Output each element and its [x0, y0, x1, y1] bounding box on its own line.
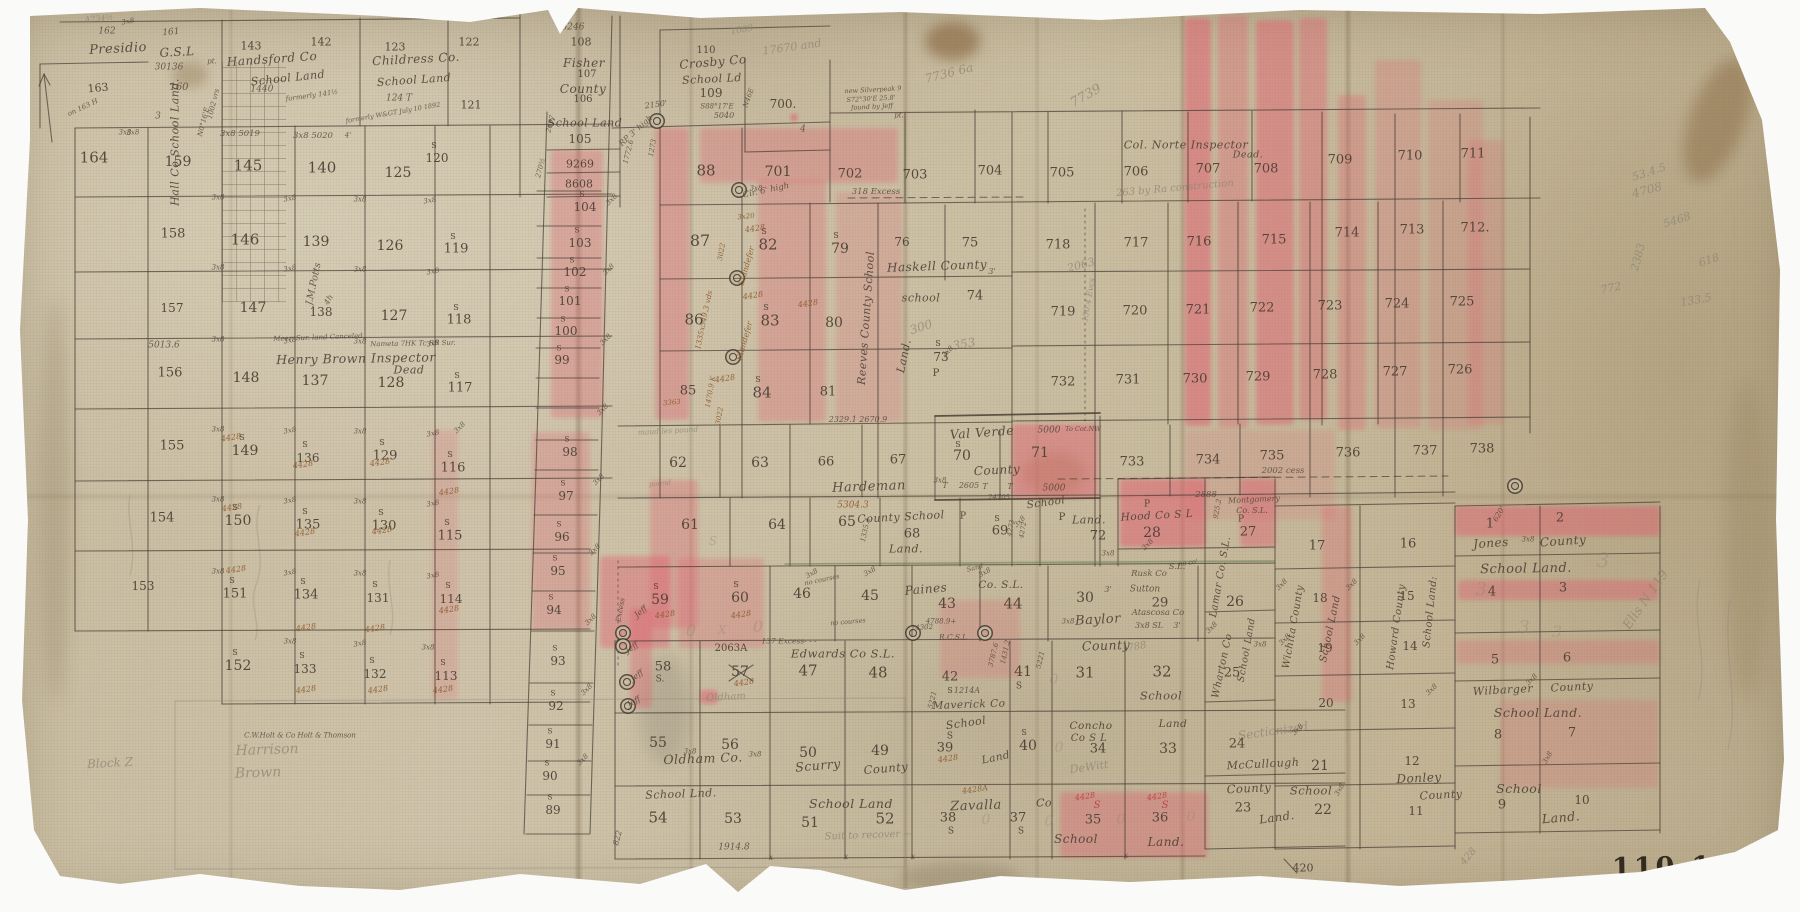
map-label: 703 — [903, 169, 928, 182]
map-label: 114 — [440, 593, 463, 605]
map-label: 706 — [1124, 166, 1149, 179]
survey-line — [1455, 553, 1660, 556]
survey-line — [618, 495, 1100, 498]
map-label: To Cot.NW — [1065, 426, 1101, 433]
map-label: Fisher — [563, 57, 605, 69]
map-label: 85 — [680, 385, 697, 398]
map-label: S — [450, 233, 455, 241]
map-label: 62 — [669, 456, 687, 470]
map-label: 36 — [1152, 812, 1169, 825]
map-label: 2063A — [715, 644, 748, 654]
survey-line — [1275, 503, 1455, 506]
map-label: S — [564, 435, 569, 443]
map-label: 709 — [1328, 154, 1353, 167]
map-label: 733 — [1120, 456, 1145, 469]
map-label: 3x8 — [684, 749, 697, 756]
map-label: S — [454, 372, 459, 380]
map-label: 148 — [233, 371, 260, 385]
map-label: 711 — [1461, 148, 1486, 161]
map-label: 156 — [158, 367, 183, 380]
survey-line — [75, 549, 590, 551]
map-label: Edwards Co S.L. — [791, 648, 895, 660]
map-label: 3x8 — [354, 571, 367, 578]
map-label: 159 — [165, 155, 192, 169]
map-label: 11 — [1408, 805, 1423, 817]
map-label: 24705 — [988, 495, 1010, 502]
map-label: 704 — [978, 165, 1003, 178]
survey-line — [40, 62, 148, 64]
map-label: 717 — [1124, 237, 1149, 250]
map-label: 123 — [385, 42, 406, 53]
map-label: S — [431, 142, 436, 150]
map-label: Land. — [1072, 515, 1106, 526]
map-label: Harrison — [235, 742, 299, 758]
map-label: School Land. — [1480, 562, 1572, 577]
map-label: Atascosa Co — [1132, 609, 1184, 618]
map-label: 3 — [1518, 619, 1529, 637]
map-label: Donley — [1396, 771, 1442, 785]
map-label: 700. — [770, 98, 797, 110]
survey-line — [1012, 269, 1530, 272]
map-label: Sutton — [1130, 586, 1160, 595]
map-label: County — [1419, 788, 1462, 801]
map-label: S — [547, 793, 552, 801]
map-label: 60 — [731, 591, 749, 605]
map-label: 120 — [426, 152, 449, 164]
map-label: 6246 — [562, 24, 585, 33]
map-label: 64 — [768, 518, 786, 532]
map-label: School Lnd. — [645, 787, 717, 800]
map-label: 720 — [1123, 305, 1148, 318]
map-label: School Land — [548, 118, 623, 129]
survey-line — [830, 108, 1540, 113]
map-label: 117 — [448, 382, 473, 395]
map-label: 12 — [1404, 755, 1419, 767]
map-label: 0 — [1045, 815, 1054, 829]
map-label: 0 — [686, 623, 696, 639]
map-label: S — [556, 520, 561, 528]
map-label: S — [300, 578, 305, 586]
map-label: 35 — [1085, 814, 1102, 827]
map-label: 2002 cess — [1262, 467, 1305, 476]
map-label: 735 — [1260, 450, 1285, 463]
map-label: 8608 — [565, 179, 593, 190]
survey-line — [590, 470, 601, 834]
map-label: 4 — [1488, 586, 1496, 599]
map-label: 3x8 — [1102, 551, 1115, 558]
map-label: 140 — [308, 161, 337, 176]
map-label: 80 — [825, 316, 843, 330]
map-label: Maverick Co — [932, 698, 1005, 711]
map-label: S — [1021, 729, 1026, 737]
map-label: 0 — [1117, 813, 1126, 827]
map-label: Land. — [1541, 810, 1580, 826]
map-label: 61 — [681, 518, 699, 532]
map-label: S — [947, 687, 952, 695]
map-label: S — [445, 582, 450, 590]
map-label: 96 — [554, 531, 569, 543]
map-label: school — [902, 293, 941, 304]
map-label: Hardeman — [832, 479, 906, 495]
pencil-scribble — [1697, 580, 1702, 700]
map-label: S — [1016, 683, 1022, 692]
map-label: County — [1539, 533, 1586, 548]
map-label: P — [1238, 516, 1244, 525]
map-label: 1214A — [954, 687, 980, 695]
map-label: 738 — [1470, 443, 1495, 456]
survey-line — [175, 698, 905, 701]
map-label: T — [942, 482, 947, 490]
map-label: 729 — [1246, 371, 1271, 384]
map-label: 137 Excess- - - — [761, 637, 816, 645]
map-label: 70 — [953, 449, 971, 463]
map-label: 3x8 5019 — [220, 130, 260, 139]
map-label: 3x8 — [284, 639, 297, 646]
map-label: 152 — [225, 659, 252, 673]
map-label: 46 — [793, 587, 811, 601]
map-label: Wilbarger — [1473, 683, 1534, 697]
map-label: 17 — [1309, 540, 1326, 553]
survey-monument-icon — [1511, 482, 1519, 490]
map-label: 318 Excess — [852, 188, 900, 197]
map-label: 25 — [1224, 667, 1241, 680]
map-label: S — [378, 509, 383, 517]
survey-monument-icon — [981, 629, 989, 637]
map-label: 138 — [310, 306, 333, 318]
survey-monument-icon — [623, 678, 631, 686]
map-label: 84 — [752, 386, 771, 401]
survey-line — [75, 629, 590, 631]
map-label: 163 — [87, 82, 109, 95]
map-label: S — [447, 451, 452, 459]
map-label: S — [440, 659, 445, 667]
map-label: 737 — [1413, 445, 1438, 458]
map-label: pt. — [894, 113, 904, 120]
map-label: 126 — [377, 239, 404, 253]
survey-monument-icon — [653, 117, 661, 125]
map-label: 59 — [651, 593, 669, 607]
map-label: 52 — [875, 812, 894, 827]
map-label: 3x8 — [126, 129, 139, 137]
map-label: S — [379, 439, 384, 447]
map-label: 99 — [554, 354, 569, 366]
map-label: S — [574, 226, 579, 234]
map-label: Nameta 7HK Tc RR Sur. — [370, 340, 456, 348]
map-label: Co. S.L. — [978, 580, 1023, 591]
map-label: P — [1144, 501, 1150, 510]
survey-line — [848, 197, 1025, 198]
map-label: 82 — [758, 238, 777, 253]
survey-line — [222, 702, 590, 704]
map-label: 0 — [753, 619, 763, 635]
map-label: Dead. — [1233, 150, 1264, 160]
survey-line — [1275, 566, 1455, 569]
map-label: 0 — [1187, 810, 1196, 824]
map-label: 125 — [385, 166, 412, 180]
map-label: S — [552, 644, 557, 652]
map-label: 118 — [447, 314, 472, 327]
map-label: 116 — [441, 462, 466, 475]
map-label: Land. — [1148, 836, 1185, 848]
map-label: 42 — [942, 671, 959, 684]
map-label: 14302 — [911, 624, 934, 632]
map-label: 713 — [1400, 224, 1425, 237]
map-label: S — [833, 232, 838, 240]
map-label: S — [550, 689, 555, 697]
map-label: 44 — [1003, 597, 1022, 612]
map-label: x — [1124, 852, 1129, 860]
pencil-scribble — [1728, 600, 1732, 750]
map-label: 76 — [894, 236, 909, 248]
map-label: 75 — [962, 237, 979, 250]
map-label: 3 — [1475, 581, 1486, 599]
map-label: 151 — [223, 588, 248, 601]
map-label: 3x8 — [354, 339, 367, 346]
map-label: 24 — [1229, 738, 1246, 751]
map-label: 3' — [1173, 622, 1180, 630]
map-label: School Land — [809, 798, 893, 811]
map-label: 3' — [1104, 586, 1111, 594]
map-label: x — [769, 854, 774, 862]
map-label: 150 — [225, 514, 252, 528]
map-label: S — [935, 340, 940, 348]
survey-monument-icon — [619, 629, 627, 637]
map-label: 93 — [550, 655, 565, 667]
map-label: 9269 — [566, 159, 594, 170]
map-label: 2888 — [1195, 491, 1217, 500]
map-label: 92 — [548, 700, 563, 712]
map-label: 37 — [1010, 812, 1027, 825]
map-label: 41 — [1014, 665, 1032, 679]
map-label: 51 — [801, 816, 819, 830]
map-label: 2 — [1556, 512, 1564, 525]
map-label: 3x8 — [212, 195, 225, 202]
map-label: 705 — [1050, 167, 1075, 180]
map-label: 3x8 — [1062, 619, 1075, 626]
map-label: 26 — [1226, 595, 1244, 609]
map-label: 68 — [904, 528, 921, 541]
map-label: 142 — [311, 37, 332, 48]
map-label: 98 — [562, 446, 577, 458]
map-label: 30 — [1076, 591, 1094, 605]
map-label: Oldham Co. — [663, 751, 743, 766]
map-label: 732 — [1051, 376, 1076, 389]
map-label: 146 — [231, 233, 260, 248]
map-label: 27 — [1240, 526, 1257, 539]
map-label: S — [369, 657, 374, 665]
map-label: 132 — [364, 668, 387, 680]
survey-line — [44, 74, 52, 142]
survey-line — [660, 202, 1012, 205]
map-label: 161 — [162, 28, 180, 38]
map-label: Zavalla — [950, 799, 1002, 814]
survey-line — [1455, 830, 1660, 833]
map-label: 1440 — [251, 86, 274, 95]
map-label: 83 — [760, 314, 779, 329]
survey-line — [75, 478, 612, 481]
map-label: 3 — [1559, 582, 1567, 595]
map-label: 139 — [303, 235, 330, 249]
map-label: 131 — [367, 592, 390, 604]
map-label: 145 — [234, 159, 263, 174]
map-label: 38 — [940, 812, 957, 825]
survey-map: A734½3x8162161PresidioG.S.L1431421231221… — [0, 0, 1800, 912]
map-label: 88 — [696, 164, 715, 179]
map-label: 49 — [871, 744, 889, 758]
map-label: S — [372, 581, 377, 589]
map-label: 3x8 — [212, 427, 225, 434]
map-label: 728 — [1313, 369, 1338, 382]
map-label: S — [556, 344, 561, 352]
map-label: 94 — [546, 604, 561, 616]
map-label: 43 — [938, 597, 956, 611]
map-label: S — [564, 285, 569, 293]
survey-line — [75, 124, 612, 128]
map-label: 22 — [1314, 803, 1332, 817]
map-label: S — [709, 535, 717, 547]
map-label: P — [1059, 513, 1066, 523]
map-label: 5000 — [1043, 485, 1066, 494]
map-label: 153 — [132, 580, 155, 592]
map-label: 3x8 — [354, 499, 367, 506]
map-label: School — [1290, 785, 1332, 797]
map-label: 0 — [1050, 673, 1059, 687]
map-label: Paines — [904, 581, 947, 597]
map-label: 81 — [820, 386, 837, 399]
map-label: 158 — [161, 228, 186, 241]
map-label: S — [579, 190, 584, 198]
map-label: 16 — [1400, 538, 1417, 551]
map-label: Hall Co School Land. — [170, 78, 181, 206]
map-label: 3' — [988, 268, 995, 276]
map-label: 33 — [1159, 742, 1177, 756]
map-label: 722 — [1250, 302, 1275, 315]
map-label: 21 — [1311, 759, 1329, 773]
map-label: 5000 — [1038, 427, 1061, 436]
map-label: Brown — [235, 765, 282, 781]
map-label: 5304.3 — [837, 502, 869, 511]
map-label: 40 — [1019, 739, 1037, 753]
map-label: 3x8 — [354, 267, 367, 274]
map-label: 124 T — [386, 95, 412, 104]
map-label: 714 — [1335, 227, 1360, 240]
map-label: 122 — [459, 37, 480, 48]
survey-line — [1012, 417, 1530, 421]
map-label: School — [1054, 833, 1098, 845]
map-label: 47 — [798, 664, 817, 679]
map-label: 107 — [577, 70, 596, 80]
map-label: x — [911, 853, 916, 861]
map-label: 726 — [1448, 364, 1473, 377]
map-label: 28 — [1143, 526, 1161, 540]
map-label: 67 — [890, 454, 907, 467]
survey-line — [1012, 198, 1540, 202]
map-label: 708 — [1254, 163, 1279, 176]
map-label: 115 — [438, 530, 463, 543]
sheet-number: 110-1 — [1612, 851, 1714, 884]
map-label: S — [1018, 828, 1024, 837]
map-label: 102 — [564, 266, 587, 278]
map-label: Presidio — [89, 41, 147, 57]
map-label: P — [933, 369, 940, 379]
map-label: 707 — [1196, 163, 1221, 176]
map-label: 715 — [1262, 234, 1287, 247]
map-label: 3x8 — [354, 197, 367, 204]
map-label: 108 — [571, 37, 592, 48]
map-label: 2329.1 2670.9 — [829, 416, 888, 424]
map-label: 23 — [1235, 802, 1252, 815]
map-label: 157 — [161, 302, 184, 314]
map-label: 710 — [1398, 150, 1423, 163]
map-label: 4' — [345, 133, 351, 140]
map-label: 3x8 — [750, 186, 763, 193]
map-label: 74 — [967, 290, 984, 303]
map-label: S — [444, 519, 449, 527]
map-label: School — [1140, 690, 1182, 702]
map-label: 63 — [751, 456, 769, 470]
map-label: 1914.8 — [718, 844, 750, 853]
map-label: Land — [1159, 719, 1188, 730]
map-label: 72 — [1090, 530, 1107, 543]
survey-line — [75, 406, 612, 409]
pencil-scribble — [129, 495, 133, 575]
survey-line — [524, 470, 536, 834]
map-label: 2605 — [959, 482, 979, 490]
map-label: 0 — [1055, 741, 1064, 755]
map-label: 34 — [1090, 743, 1107, 756]
map-label: 31 — [1075, 666, 1094, 681]
map-label: 97 — [558, 490, 573, 502]
map-label: School Land. — [1494, 707, 1582, 720]
map-label: 162 — [98, 28, 115, 37]
survey-line — [75, 194, 612, 197]
map-label: 719 — [1051, 306, 1076, 319]
map-label: 121 — [461, 100, 482, 111]
map-label: 716 — [1187, 236, 1212, 249]
map-label: 143 — [241, 41, 262, 52]
map-label: 3 — [1552, 624, 1562, 640]
map-label: County — [1226, 782, 1271, 796]
map-label: 3x8 — [354, 429, 367, 436]
map-label: 0 — [982, 813, 991, 827]
map-label: 149 — [232, 444, 259, 458]
map-label: T — [1007, 483, 1012, 491]
map-label: 736 — [1336, 447, 1361, 460]
map-label: 9 — [1498, 799, 1506, 812]
map-label: S — [302, 508, 307, 516]
map-label: 3x8 SL — [1135, 622, 1163, 630]
map-label: School Ld — [682, 72, 742, 86]
map-label: 55 — [649, 736, 667, 750]
map-label: 128 — [378, 376, 405, 390]
survey-line — [1455, 763, 1660, 766]
map-label: 95 — [550, 565, 565, 577]
map-label: 79 — [831, 242, 849, 256]
map-label: 155 — [160, 440, 185, 453]
map-label: 718 — [1046, 239, 1071, 252]
map-label: 109 — [700, 87, 723, 99]
map-label: 14 — [1402, 640, 1417, 652]
survey-line — [1275, 673, 1455, 676]
map-label: Co — [1036, 798, 1052, 809]
map-label: 89 — [545, 804, 560, 816]
map-label: Dead — [394, 365, 425, 376]
map-label: 30136 — [155, 64, 184, 73]
survey-line — [935, 413, 1100, 416]
map-label: 154 — [150, 512, 175, 525]
map-label: 3x8 — [212, 569, 225, 576]
map-label: S — [560, 479, 565, 487]
